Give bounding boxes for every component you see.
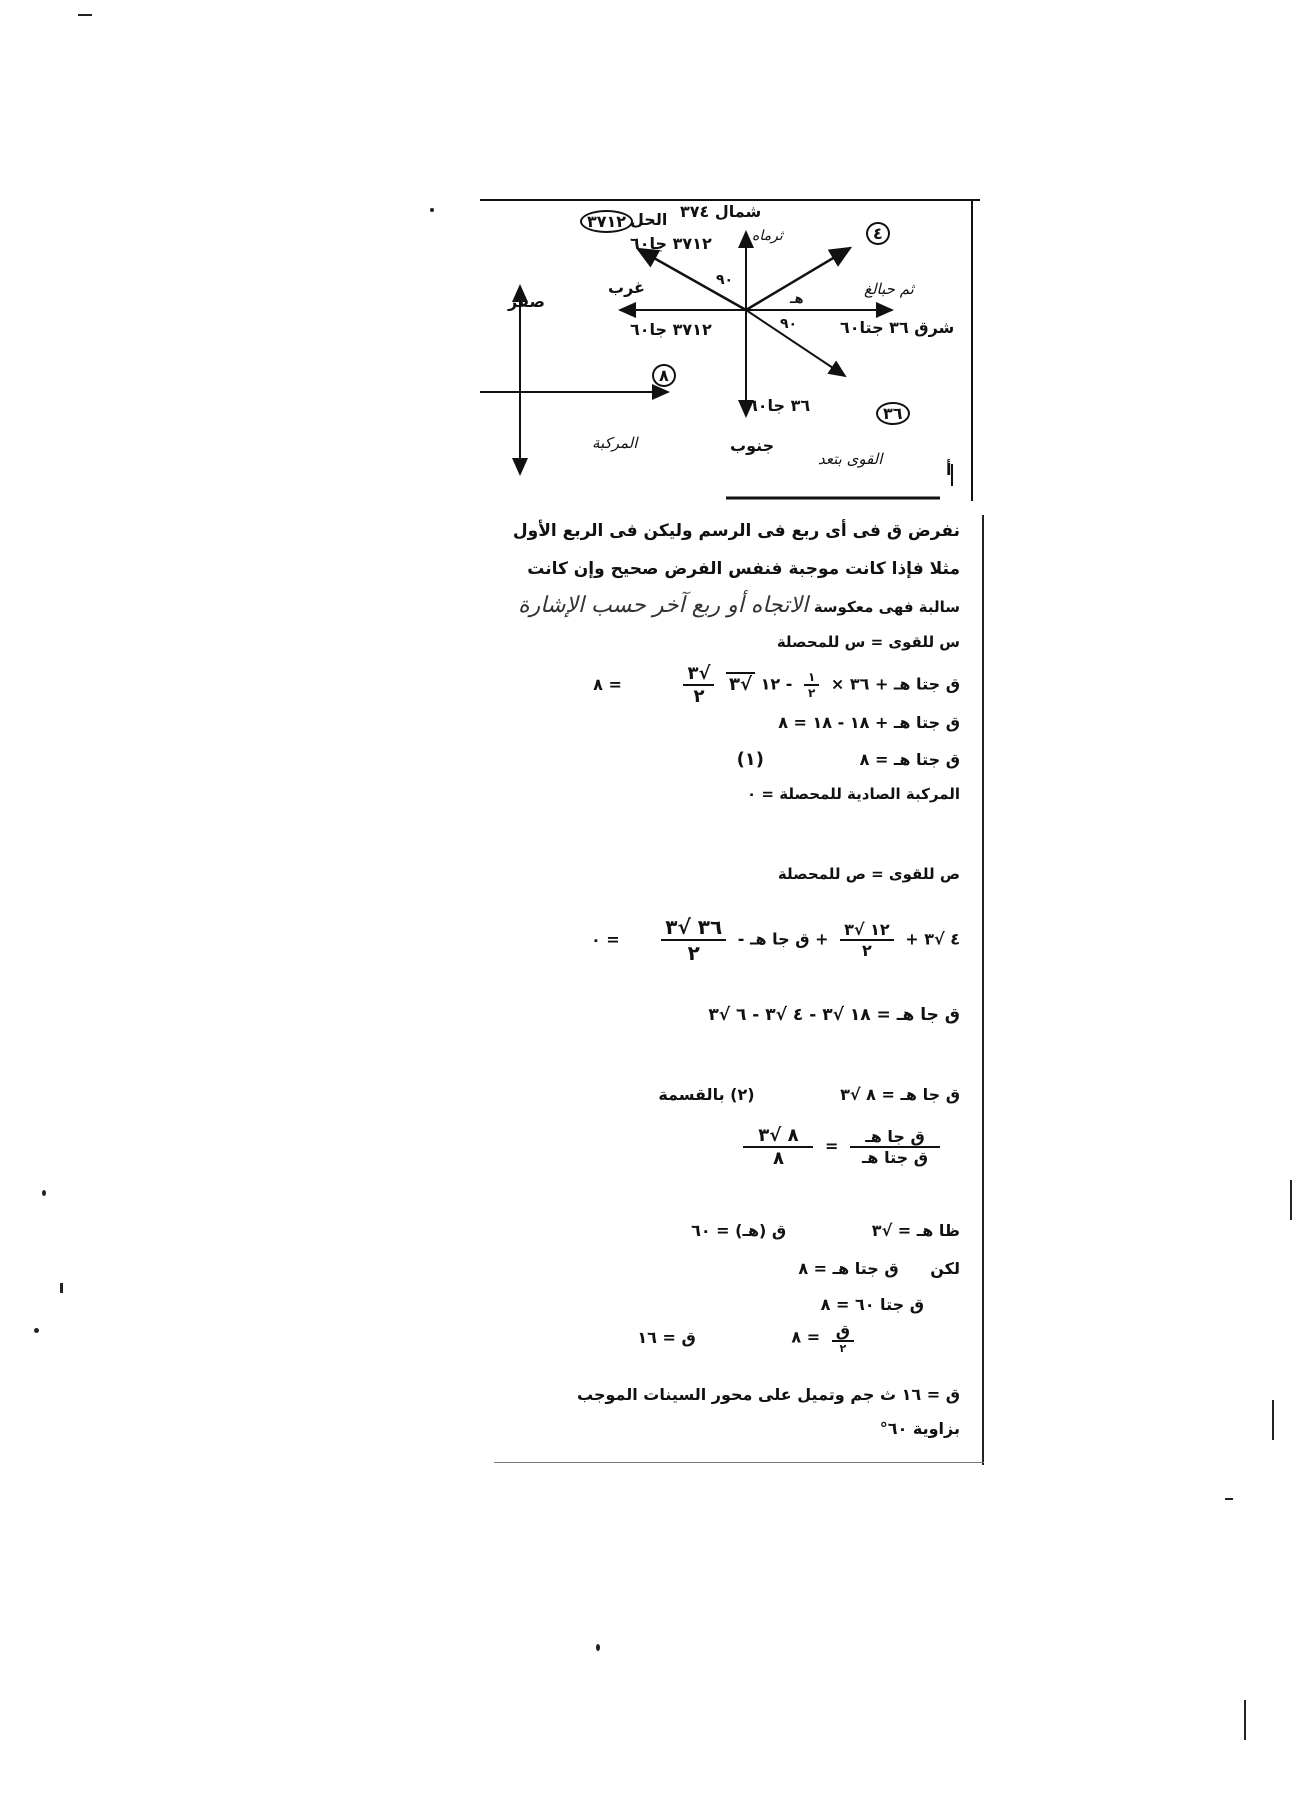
frac-den: ٢ xyxy=(683,686,714,707)
equation-9: لكن ق جتا هـ = ٨ xyxy=(798,1259,960,1278)
scan-speck xyxy=(1290,1180,1292,1220)
eq-term: ق جتا هـ = ٨ xyxy=(860,750,960,769)
eq-rhs: = ٠ xyxy=(591,930,620,949)
label-angle-right: ٩٠ xyxy=(780,316,797,332)
equation-5: ق جا هـ = ١٨ √٣ - ٤ √٣ - ٦ √٣ xyxy=(708,1005,960,1025)
equation-8: ظا هـ = √٣ ق (هـ) = ٦٠ xyxy=(691,1221,960,1240)
scan-speck xyxy=(1244,1700,1246,1740)
label-east: شرق ٣٦ جتا٦٠ xyxy=(840,318,954,337)
label-angle-top: ٩٠ xyxy=(716,272,733,288)
scanned-page: شمال ٣٧٤ الحل ٣٧١٢ ٣٧١٢ جا٦٠ ثرماه ٤ ٩٠ … xyxy=(0,0,1303,1800)
text-line: س للقوى = س للمحصلة xyxy=(777,633,960,651)
force-vectors-svg xyxy=(480,196,980,506)
equation-3: ق جتا هـ = ٨ (١) xyxy=(737,749,960,770)
force-diagram: شمال ٣٧٤ الحل ٣٧١٢ ٣٧١٢ جا٦٠ ثرماه ٤ ٩٠ … xyxy=(480,196,980,506)
scan-speck xyxy=(42,1190,46,1196)
scan-speck xyxy=(1272,1400,1274,1440)
frac-den: ٢ xyxy=(832,1342,854,1355)
fraction: ١ ٢ xyxy=(804,670,819,700)
fraction: ق ٢ xyxy=(832,1321,854,1355)
eq-term: ق = ١٦ xyxy=(637,1328,695,1347)
scan-speck xyxy=(596,1644,600,1651)
label-zero: صفر xyxy=(508,292,545,311)
label-west: غرب xyxy=(608,278,645,297)
label-solution: الحل xyxy=(630,210,667,229)
equation-1: ق جتا هـ + ٣٦ × ١ ٢ - ١٢ ٣ √٣ ٢ = ٨ xyxy=(490,663,960,707)
label-west-value: ٣٧١٢ جا٦٠ xyxy=(630,320,712,339)
label-angle-h: هـ xyxy=(790,292,803,307)
fraction: ٨ √٣ ٨ xyxy=(743,1125,813,1169)
fraction: √٣ ٢ xyxy=(683,663,714,707)
label-force-4: ٤ xyxy=(866,222,890,245)
conclusion-line: بزاوية ٦٠° xyxy=(880,1419,960,1438)
eq-sign: = xyxy=(825,1137,838,1156)
text-line-mixed: سالبة فهى معكوسة الاتجاه أو ربع آخر حسب … xyxy=(518,593,960,618)
frac-num: ١ xyxy=(804,670,819,686)
label-resultant-circled: ٣٧١٢ xyxy=(580,210,633,233)
eq-term: ق جتا هـ = ٨ xyxy=(798,1259,898,1278)
frac-num: ٨ √٣ xyxy=(743,1125,813,1148)
eq-tag: (١) xyxy=(737,749,764,770)
eq-term: ظا هـ = √٣ xyxy=(872,1221,960,1240)
eq-term: لكن xyxy=(930,1259,960,1278)
sqrt-term: ٣ xyxy=(726,672,755,695)
label-components: المركبة xyxy=(592,434,637,452)
frac-num: ق جا هـ xyxy=(850,1127,940,1148)
frac-num: ق xyxy=(832,1321,854,1342)
label-north-value: ٣٧١٢ جا٦٠ xyxy=(630,234,712,253)
eq-term: = ٨ xyxy=(791,1328,820,1347)
equation-7: ق جا هـ ق جتا هـ = ٨ √٣ ٨ xyxy=(737,1125,946,1169)
label-south: جنوب xyxy=(730,436,774,455)
fraction: ق جا هـ ق جتا هـ xyxy=(850,1127,940,1167)
handwritten-note: الاتجاه أو ربع آخر حسب الإشارة xyxy=(518,593,808,618)
label-north: شمال ٣٧٤ xyxy=(680,202,761,221)
frac-den: ق جتا هـ xyxy=(850,1148,940,1167)
text-line: نفرض ق فى أى ربع فى الرسم وليكن فى الربع… xyxy=(513,521,960,541)
conclusion-line: ق = ١٦ ث جم وتميل على محور السينات الموج… xyxy=(577,1385,960,1404)
label-bracket: أ xyxy=(946,460,951,479)
solution-border xyxy=(982,515,984,1465)
equation-6: ق جا هـ = ٨ √٣ (٢) بالقسمة xyxy=(658,1085,960,1104)
frac-num: ١٢ √٣ xyxy=(840,920,894,941)
label-force-8: ٨ xyxy=(652,364,676,387)
text-line: مثلا فإذا كانت موجبة فنفس الفرض صحيح وإن… xyxy=(527,559,960,579)
scan-speck xyxy=(78,14,92,16)
frac-num: √٣ xyxy=(683,663,714,686)
label-south-value: ٣٦ جا٦٠ xyxy=(748,396,810,415)
solution-body: نفرض ق فى أى ربع فى الرسم وليكن فى الربع… xyxy=(490,515,960,1465)
label-forces: القوى بتعد xyxy=(818,450,882,468)
frac-den: ٢ xyxy=(661,941,726,965)
scan-speck xyxy=(430,208,434,212)
equation-4: ٤ √٣ + ١٢ √٣ ٢ + ق جا هـ - ٣٦ √٣ ٢ = ٠ xyxy=(490,915,960,965)
fraction: ١٢ √٣ ٢ xyxy=(840,920,894,960)
printed-text: سالبة فهى معكوسة xyxy=(814,598,960,616)
eq-term: ٤ √٣ + xyxy=(905,930,960,949)
eq-term: + ق جا هـ - xyxy=(738,930,829,949)
scan-speck xyxy=(34,1328,39,1333)
eq-term: - ١٢ xyxy=(761,675,793,694)
frac-den: ٢ xyxy=(840,941,894,960)
fraction: ٣٦ √٣ ٢ xyxy=(661,915,726,965)
frac-num: ٣٦ √٣ xyxy=(661,915,726,941)
equation-11: ق ٢ = ٨ ق = ١٦ xyxy=(637,1321,860,1355)
eq-term: ق جا هـ = ٨ √٣ xyxy=(840,1085,960,1104)
eq-term: ق (هـ) = ٦٠ xyxy=(691,1221,786,1240)
eq-tag: (٢) بالقسمة xyxy=(658,1085,754,1104)
frac-den: ٢ xyxy=(804,686,819,700)
eq-term: ق جتا هـ + ٣٦ × xyxy=(831,675,960,694)
equation-2: ق جتا هـ + ١٨ - ١٨ = ٨ xyxy=(778,713,960,732)
label-force-36: ٣٦ xyxy=(876,402,910,425)
label-east-top: ثم حبالغ xyxy=(864,280,914,298)
label-resultant-small: ثرماه xyxy=(752,228,783,244)
text-line: ص للقوى = ص للمحصلة xyxy=(778,865,960,883)
eq-rhs: = ٨ xyxy=(593,675,622,694)
text-line: المركبة الصادية للمحصلة = ٠ xyxy=(747,785,960,803)
frac-den: ٨ xyxy=(743,1148,813,1169)
scan-speck xyxy=(60,1283,63,1293)
scan-speck xyxy=(1225,1498,1233,1500)
equation-10: ق جتا ٦٠ = ٨ xyxy=(821,1295,924,1314)
